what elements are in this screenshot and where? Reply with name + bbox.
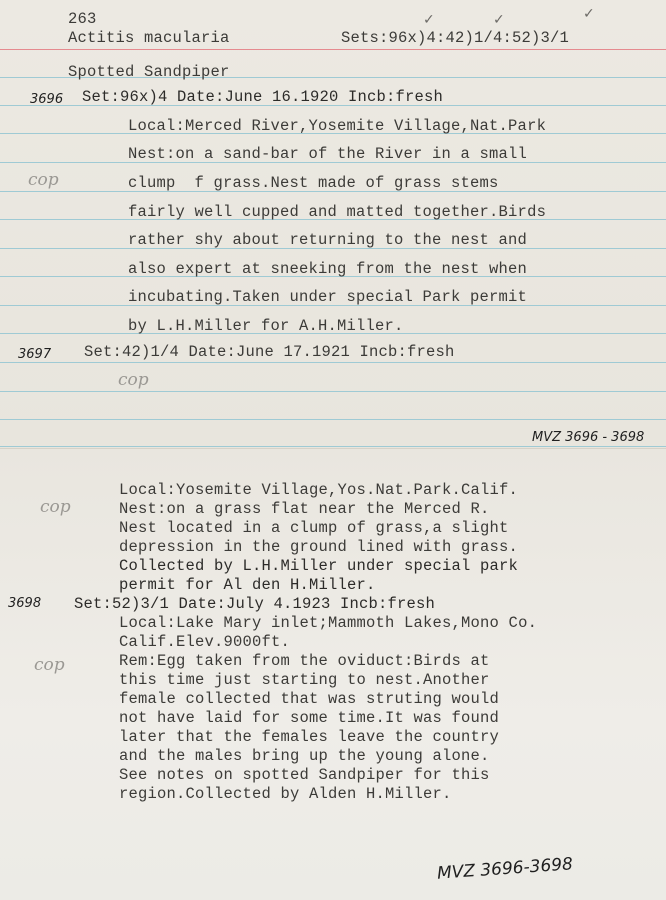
entry-line: region.Collected by Alden H.Miller.: [119, 785, 452, 803]
entry-line: Collected by L.H.Miller under special pa…: [119, 557, 518, 575]
set-line-3697: Set:42)1/4 Date:June 17.1921 Incb:fresh: [84, 343, 455, 361]
entry-line: and the males bring up the young alone.: [119, 747, 490, 765]
ruled-line: [0, 419, 666, 420]
entry-line: clump f grass.Nest made of grass stems: [128, 174, 499, 192]
pencil-mark: cop: [118, 370, 149, 390]
entry-line: permit for Al den H.Miller.: [119, 576, 376, 594]
species-number: 263: [68, 10, 97, 28]
entry-line: this time just starting to nest.Another: [119, 671, 490, 689]
entry-line: Local:Merced River,Yosemite Village,Nat.…: [128, 117, 546, 135]
ruled-line: [0, 446, 666, 447]
entry-line: Local:Lake Mary inlet;Mammoth Lakes,Mono…: [119, 614, 537, 632]
header-red-rule: [0, 49, 666, 50]
sets-summary: Sets:96x)4:42)1/4:52)3/1: [341, 29, 569, 47]
entry-line: also expert at sneeking from the nest wh…: [128, 260, 527, 278]
catalog-number-3697: 3697: [18, 347, 51, 362]
entry-line: Rem:Egg taken from the oviduct:Birds at: [119, 652, 490, 670]
pencil-mark: cop: [40, 497, 71, 517]
back-card: cop Local:Yosemite Village,Yos.Nat.Park.…: [0, 449, 666, 900]
entry-line: Nest:on a sand-bar of the River in a sma…: [128, 145, 527, 163]
common-name: Spotted Sandpiper: [68, 63, 230, 81]
check-mark-icon: ✓: [583, 6, 595, 22]
entry-line: rather shy about returning to the nest a…: [128, 231, 527, 249]
entry-line: later that the females leave the country: [119, 728, 499, 746]
set-line-3696: Set:96x)4 Date:June 16.1920 Incb:fresh: [82, 88, 443, 106]
check-mark-icon: ✓: [423, 12, 435, 28]
ruled-line: [0, 362, 666, 363]
entry-line: Calif.Elev.9000ft.: [119, 633, 290, 651]
collection-label: MVZ 3696-3698: [436, 854, 573, 883]
entry-line: not have laid for some time.It was found: [119, 709, 499, 727]
entry-line: female collected that was struting would: [119, 690, 499, 708]
catalog-number-3698: 3698: [8, 596, 41, 611]
collection-label: MVZ 3696 - 3698: [532, 430, 644, 445]
pencil-mark: cop: [34, 655, 65, 675]
catalog-number-3696: 3696: [30, 92, 63, 107]
check-mark-icon: ✓: [493, 12, 505, 28]
ruled-line: [0, 391, 666, 392]
entry-line: Nest:on a grass flat near the Merced R.: [119, 500, 490, 518]
scientific-name: Actitis macularia: [68, 29, 230, 47]
entry-line: Local:Yosemite Village,Yos.Nat.Park.Cali…: [119, 481, 518, 499]
entry-line: incubating.Taken under special Park perm…: [128, 288, 527, 306]
front-card: 263 Actitis macularia Sets:96x)4:42)1/4:…: [0, 0, 666, 449]
entry-line: depression in the ground lined with gras…: [119, 538, 518, 556]
entry-line: See notes on spotted Sandpiper for this: [119, 766, 490, 784]
pencil-mark: cop: [28, 170, 59, 190]
set-line-3698: Set:52)3/1 Date:July 4.1923 Incb:fresh: [74, 595, 435, 613]
entry-line: by L.H.Miller for A.H.Miller.: [128, 317, 404, 335]
entry-line: Nest located in a clump of grass,a sligh…: [119, 519, 509, 537]
entry-line: fairly well cupped and matted together.B…: [128, 203, 546, 221]
